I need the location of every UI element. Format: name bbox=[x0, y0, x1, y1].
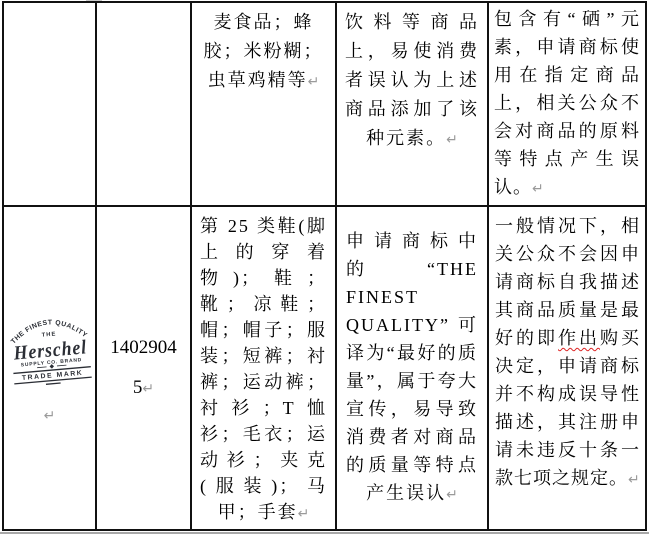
goods-cell-row1: 麦食品；蜂胶；米粉糊；虫草鸡精等↵ bbox=[192, 3, 337, 207]
paragraph-mark-icon: ↵ bbox=[446, 487, 458, 503]
logo-tick-bottom bbox=[45, 383, 60, 384]
misspelled-text: 作出 bbox=[558, 328, 600, 348]
trademark-logo-cell: THE FINEST QUALITY THE Herschel SUPPLY C… bbox=[4, 207, 97, 531]
review-opinion-cell-row2: 一般情况下，相关公众不会因申请商标自我描述其商品质量是最好的即作出购买决定，申请… bbox=[489, 207, 647, 531]
trademark-logo-image: THE FINEST QUALITY THE Herschel SUPPLY C… bbox=[4, 302, 95, 389]
goods-text: 第 25 类鞋(脚上的穿着物)；鞋；靴；凉鞋；帽；帽子；服装；短裤；衬裤；运动裤… bbox=[200, 216, 327, 522]
trademark-review-table: 麦食品；蜂胶；米粉糊；虫草鸡精等↵ 饮料等商品上，易使消费者误认为上述商品添加了… bbox=[2, 1, 647, 531]
number-cell-empty bbox=[97, 3, 192, 207]
paragraph-mark-icon: ↵ bbox=[446, 132, 458, 148]
review-opinion-text: 包含有“硒”元素，申请商标使用在指定商品上，相关公众不会对商品的原料等特点产生误… bbox=[494, 9, 640, 197]
logo-the-label: THE bbox=[41, 331, 56, 338]
refusal-reason-text: 饮料等商品上，易使消费者误认为上述商品添加了该种元素。 bbox=[345, 12, 479, 148]
goods-text: 麦食品；蜂胶；米粉糊；虫草鸡精等 bbox=[204, 12, 324, 90]
paragraph-mark-icon: ↵ bbox=[628, 472, 640, 488]
herschel-trademark-logo: THE FINEST QUALITY THE Herschel SUPPLY C… bbox=[4, 302, 95, 389]
paragraph-mark-icon: ↵ bbox=[298, 506, 310, 522]
logo-trademark-label: TRADE MARK bbox=[21, 369, 83, 381]
paragraph-mark-icon: ↵ bbox=[532, 181, 544, 197]
refusal-reason-text: 申请商标中的“THE FINEST QUALITY”可译为“最好的质量”，属于夸… bbox=[346, 231, 478, 503]
document-page: 麦食品；蜂胶；米粉糊；虫草鸡精等↵ 饮料等商品上，易使消费者误认为上述商品添加了… bbox=[0, 0, 649, 535]
paragraph-mark-icon: ↵ bbox=[142, 381, 154, 397]
refusal-reason-cell-row1: 饮料等商品上，易使消费者误认为上述商品添加了该种元素。↵ bbox=[337, 3, 489, 207]
mark-cell-empty bbox=[4, 3, 97, 207]
refusal-reason-cell-row2: 申请商标中的“THE FINEST QUALITY”可译为“最好的质量”，属于夸… bbox=[337, 207, 489, 531]
review-opinion-cell-row1: 包含有“硒”元素，申请商标使用在指定商品上，相关公众不会对商品的原料等特点产生误… bbox=[489, 3, 647, 207]
paragraph-mark-icon: ↵ bbox=[308, 74, 320, 90]
paragraph-mark-icon: ↵ bbox=[44, 402, 56, 431]
registration-number-cell: 14029045↵ bbox=[97, 207, 192, 531]
page-edge-line bbox=[0, 532, 649, 534]
review-opinion-text-after: 购买决定，申请商标并不构成误导性描述，其注册申请未违反十条一款七项之规定。 bbox=[495, 328, 640, 488]
goods-cell-row2: 第 25 类鞋(脚上的穿着物)；鞋；靴；凉鞋；帽；帽子；服装；短裤；衬裤；运动裤… bbox=[192, 207, 337, 531]
